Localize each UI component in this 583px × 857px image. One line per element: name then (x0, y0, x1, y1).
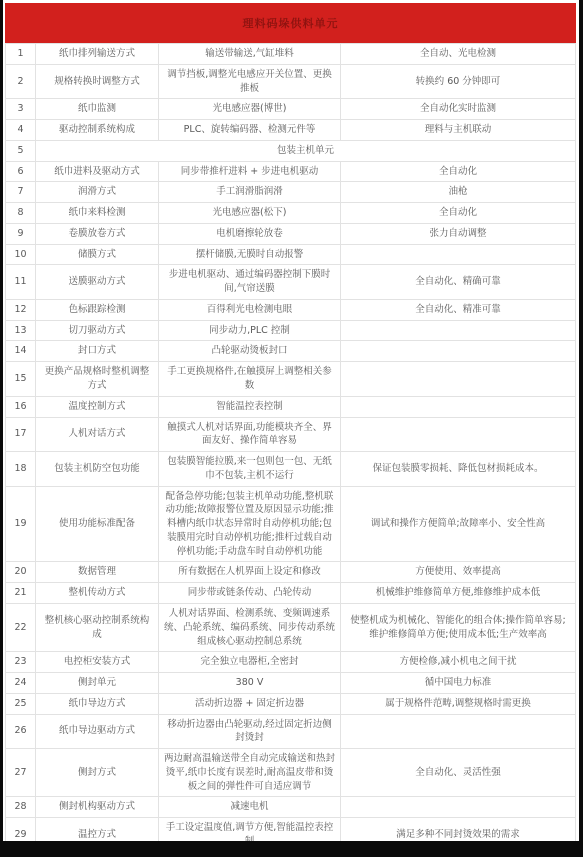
param-name-cell: 纸巾导边驱动方式 (36, 714, 159, 749)
note-cell: 转换约 60 分钟即可 (341, 64, 576, 99)
note-cell: 循中国电力标准 (341, 673, 576, 694)
param-name-cell: 色标跟踪检测 (36, 299, 159, 320)
param-name-cell: 纸巾来料检测 (36, 203, 159, 224)
note-cell (341, 362, 576, 397)
param-name-cell: 润滑方式 (36, 182, 159, 203)
description-cell: 百得利光电检测电眼 (159, 299, 341, 320)
table-row: 12色标跟踪检测百得利光电检测电眼全自动化、精准可靠 (6, 299, 576, 320)
param-name-cell: 切刀驱动方式 (36, 320, 159, 341)
note-cell: 全自动化、精确可靠 (341, 265, 576, 300)
table-row: 27侧封方式两边耐高温输送带全自动完成输送和热封烫平,纸巾长度有误差时,耐高温皮… (6, 749, 576, 797)
row-number-cell: 14 (6, 341, 36, 362)
table-header: 理料码垛供料单元 (5, 3, 576, 43)
row-number-cell: 22 (6, 603, 36, 651)
table-row: 19使用功能标准配备配备急停功能;包装主机单动功能,整机联动功能;故障报警位置及… (6, 486, 576, 562)
description-cell: 同步带推杆进料 + 步进电机驱动 (159, 161, 341, 182)
note-cell (341, 320, 576, 341)
note-cell (341, 797, 576, 818)
table-row: 25纸巾导边方式活动折边器 + 固定折边器属于规格件范畴,调整规格时需更换 (6, 693, 576, 714)
note-cell: 机械维护维修简单方便,维修维护成本低 (341, 583, 576, 604)
param-name-cell: 储膜方式 (36, 244, 159, 265)
description-cell: 移动折边器由凸轮驱动,经过固定折边侧封烫封 (159, 714, 341, 749)
table-row: 17人机对话方式触摸式人机对话界面,功能模块齐全、界面友好、操作简单容易 (6, 417, 576, 452)
table-row: 9卷膜放卷方式电机磨擦轮放卷张力自动调整 (6, 223, 576, 244)
param-name-cell: 侧封机构驱动方式 (36, 797, 159, 818)
table-row: 1纸巾排列输送方式输送带输送,气缸堆料全自动、光电检测 (6, 44, 576, 65)
table-row: 7润滑方式手工润滑脂润滑油枪 (6, 182, 576, 203)
table-row: 4驱动控制系统构成PLC、旋转编码器、检测元件等理料与主机联动 (6, 120, 576, 141)
table-row: 2规格转换时调整方式调节挡板,调整光电感应开关位置、更换推板转换约 60 分钟即… (6, 64, 576, 99)
description-cell: 两边耐高温输送带全自动完成输送和热封烫平,纸巾长度有误差时,耐高温皮带和烫板之间… (159, 749, 341, 797)
note-cell: 使整机成为机械化、智能化的组合体;操作简单容易;维护维修简单方便;使用成本低;生… (341, 603, 576, 651)
param-name-cell: 纸巾监测 (36, 99, 159, 120)
description-cell: 光电感应器(松下) (159, 203, 341, 224)
spec-table-body: 1纸巾排列输送方式输送带输送,气缸堆料全自动、光电检测2规格转换时调整方式调节挡… (6, 44, 576, 853)
row-number-cell: 27 (6, 749, 36, 797)
description-cell: 输送带输送,气缸堆料 (159, 44, 341, 65)
param-name-cell: 驱动控制系统构成 (36, 120, 159, 141)
table-row: 23电控柜安装方式完全独立电器柜,全密封方便检修,减小机电之间干扰 (6, 652, 576, 673)
row-number-cell: 13 (6, 320, 36, 341)
note-cell: 理料与主机联动 (341, 120, 576, 141)
section-row: 5包装主机单元 (6, 140, 576, 161)
param-name-cell: 包装主机防空包功能 (36, 452, 159, 487)
description-cell: 同步动力,PLC 控制 (159, 320, 341, 341)
description-cell: 电机磨擦轮放卷 (159, 223, 341, 244)
row-number-cell: 20 (6, 562, 36, 583)
row-number-cell: 7 (6, 182, 36, 203)
table-row: 18包装主机防空包功能包装膜智能拉膜,来一包则包一包、无纸巾不包装,主机不运行保… (6, 452, 576, 487)
row-number-cell: 12 (6, 299, 36, 320)
description-cell: 完全独立电器柜,全密封 (159, 652, 341, 673)
description-cell: 摆杆储膜,无膜时自动报警 (159, 244, 341, 265)
param-name-cell: 整机核心驱动控制系统构成 (36, 603, 159, 651)
param-name-cell: 使用功能标准配备 (36, 486, 159, 562)
description-cell: 手工润滑脂润滑 (159, 182, 341, 203)
note-cell (341, 396, 576, 417)
table-row: 15更换产品规格时整机调整方式手工更换规格件,在触摸屏上调整相关参数 (6, 362, 576, 397)
param-name-cell: 温控方式 (36, 818, 159, 853)
row-number-cell: 21 (6, 583, 36, 604)
row-number-cell: 23 (6, 652, 36, 673)
table-row: 29温控方式手工设定温度值,调节方便,智能温控表控制满足多种不同封烫效果的需求 (6, 818, 576, 853)
description-cell: 人机对话界面、检测系统、变频调速系统、凸轮系统、编码系统、同步传动系统组成核心驱… (159, 603, 341, 651)
table-row: 20数据管理所有数据在人机界面上设定和修改方便使用、效率提高 (6, 562, 576, 583)
param-name-cell: 卷膜放卷方式 (36, 223, 159, 244)
param-name-cell: 更换产品规格时整机调整方式 (36, 362, 159, 397)
row-number-cell: 26 (6, 714, 36, 749)
param-name-cell: 侧封单元 (36, 673, 159, 694)
row-number-cell: 5 (6, 140, 36, 161)
param-name-cell: 封口方式 (36, 341, 159, 362)
row-number-cell: 8 (6, 203, 36, 224)
row-number-cell: 6 (6, 161, 36, 182)
table-row: 3纸巾监测光电感应器(博世)全自动化实时监测 (6, 99, 576, 120)
note-cell: 油枪 (341, 182, 576, 203)
note-cell (341, 341, 576, 362)
table-row: 28侧封机构驱动方式减速电机 (6, 797, 576, 818)
table-row: 6纸巾进料及驱动方式同步带推杆进料 + 步进电机驱动全自动化 (6, 161, 576, 182)
row-number-cell: 4 (6, 120, 36, 141)
table-row: 13切刀驱动方式同步动力,PLC 控制 (6, 320, 576, 341)
table-title: 理料码垛供料单元 (243, 15, 339, 31)
table-row: 10储膜方式摆杆储膜,无膜时自动报警 (6, 244, 576, 265)
table-row: 26纸巾导边驱动方式移动折边器由凸轮驱动,经过固定折边侧封烫封 (6, 714, 576, 749)
description-cell: 减速电机 (159, 797, 341, 818)
row-number-cell: 17 (6, 417, 36, 452)
note-cell (341, 417, 576, 452)
note-cell: 全自动化、精准可靠 (341, 299, 576, 320)
param-name-cell: 人机对话方式 (36, 417, 159, 452)
description-cell: 包装膜智能拉膜,来一包则包一包、无纸巾不包装,主机不运行 (159, 452, 341, 487)
row-number-cell: 15 (6, 362, 36, 397)
row-number-cell: 24 (6, 673, 36, 694)
row-number-cell: 16 (6, 396, 36, 417)
note-cell: 全自动化、灵活性强 (341, 749, 576, 797)
note-cell: 保证包装膜零损耗、降低包材损耗成本。 (341, 452, 576, 487)
note-cell: 全自动化 (341, 203, 576, 224)
note-cell: 满足多种不同封烫效果的需求 (341, 818, 576, 853)
table-row: 8纸巾来料检测光电感应器(松下)全自动化 (6, 203, 576, 224)
param-name-cell: 数据管理 (36, 562, 159, 583)
row-number-cell: 1 (6, 44, 36, 65)
description-cell: 调节挡板,调整光电感应开关位置、更换推板 (159, 64, 341, 99)
description-cell: 光电感应器(博世) (159, 99, 341, 120)
description-cell: 手工设定温度值,调节方便,智能温控表控制 (159, 818, 341, 853)
note-cell: 调试和操作方便简单;故障率小、安全性高 (341, 486, 576, 562)
row-number-cell: 18 (6, 452, 36, 487)
param-name-cell: 规格转换时调整方式 (36, 64, 159, 99)
table-row: 21整机传动方式同步带或链条传动、凸轮传动机械维护维修简单方便,维修维护成本低 (6, 583, 576, 604)
table-row: 14封口方式凸轮驱动烫板封口 (6, 341, 576, 362)
description-cell: 活动折边器 + 固定折边器 (159, 693, 341, 714)
note-cell (341, 244, 576, 265)
param-name-cell: 整机传动方式 (36, 583, 159, 604)
row-number-cell: 2 (6, 64, 36, 99)
row-number-cell: 19 (6, 486, 36, 562)
section-title-cell: 包装主机单元 (36, 140, 576, 161)
spec-sheet: 理料码垛供料单元 1纸巾排列输送方式输送带输送,气缸堆料全自动、光电检测2规格转… (0, 0, 583, 857)
param-name-cell: 温度控制方式 (36, 396, 159, 417)
description-cell: 智能温控表控制 (159, 396, 341, 417)
description-cell: 触摸式人机对话界面,功能模块齐全、界面友好、操作简单容易 (159, 417, 341, 452)
description-cell: 凸轮驱动烫板封口 (159, 341, 341, 362)
table-row: 22整机核心驱动控制系统构成人机对话界面、检测系统、变频调速系统、凸轮系统、编码… (6, 603, 576, 651)
description-cell: 步进电机驱动、通过编码器控制下膜时间,气帘送膜 (159, 265, 341, 300)
param-name-cell: 纸巾导边方式 (36, 693, 159, 714)
note-cell: 方便使用、效率提高 (341, 562, 576, 583)
row-number-cell: 11 (6, 265, 36, 300)
description-cell: 380 V (159, 673, 341, 694)
note-cell (341, 714, 576, 749)
table-row: 24侧封单元380 V循中国电力标准 (6, 673, 576, 694)
description-cell: 手工更换规格件,在触摸屏上调整相关参数 (159, 362, 341, 397)
row-number-cell: 3 (6, 99, 36, 120)
note-cell: 张力自动调整 (341, 223, 576, 244)
row-number-cell: 25 (6, 693, 36, 714)
note-cell: 属于规格件范畴,调整规格时需更换 (341, 693, 576, 714)
table-row: 11送膜驱动方式步进电机驱动、通过编码器控制下膜时间,气帘送膜全自动化、精确可靠 (6, 265, 576, 300)
note-cell: 方便检修,减小机电之间干扰 (341, 652, 576, 673)
description-cell: PLC、旋转编码器、检测元件等 (159, 120, 341, 141)
param-name-cell: 电控柜安装方式 (36, 652, 159, 673)
note-cell: 全自动、光电检测 (341, 44, 576, 65)
param-name-cell: 侧封方式 (36, 749, 159, 797)
param-name-cell: 纸巾进料及驱动方式 (36, 161, 159, 182)
param-name-cell: 送膜驱动方式 (36, 265, 159, 300)
spec-table: 1纸巾排列输送方式输送带输送,气缸堆料全自动、光电检测2规格转换时调整方式调节挡… (5, 43, 576, 853)
row-number-cell: 28 (6, 797, 36, 818)
description-cell: 所有数据在人机界面上设定和修改 (159, 562, 341, 583)
param-name-cell: 纸巾排列输送方式 (36, 44, 159, 65)
description-cell: 同步带或链条传动、凸轮传动 (159, 583, 341, 604)
row-number-cell: 9 (6, 223, 36, 244)
row-number-cell: 29 (6, 818, 36, 853)
description-cell: 配备急停功能;包装主机单动功能,整机联动功能;故障报警位置及原因显示功能;推料槽… (159, 486, 341, 562)
note-cell: 全自动化 (341, 161, 576, 182)
row-number-cell: 10 (6, 244, 36, 265)
note-cell: 全自动化实时监测 (341, 99, 576, 120)
table-row: 16温度控制方式智能温控表控制 (6, 396, 576, 417)
